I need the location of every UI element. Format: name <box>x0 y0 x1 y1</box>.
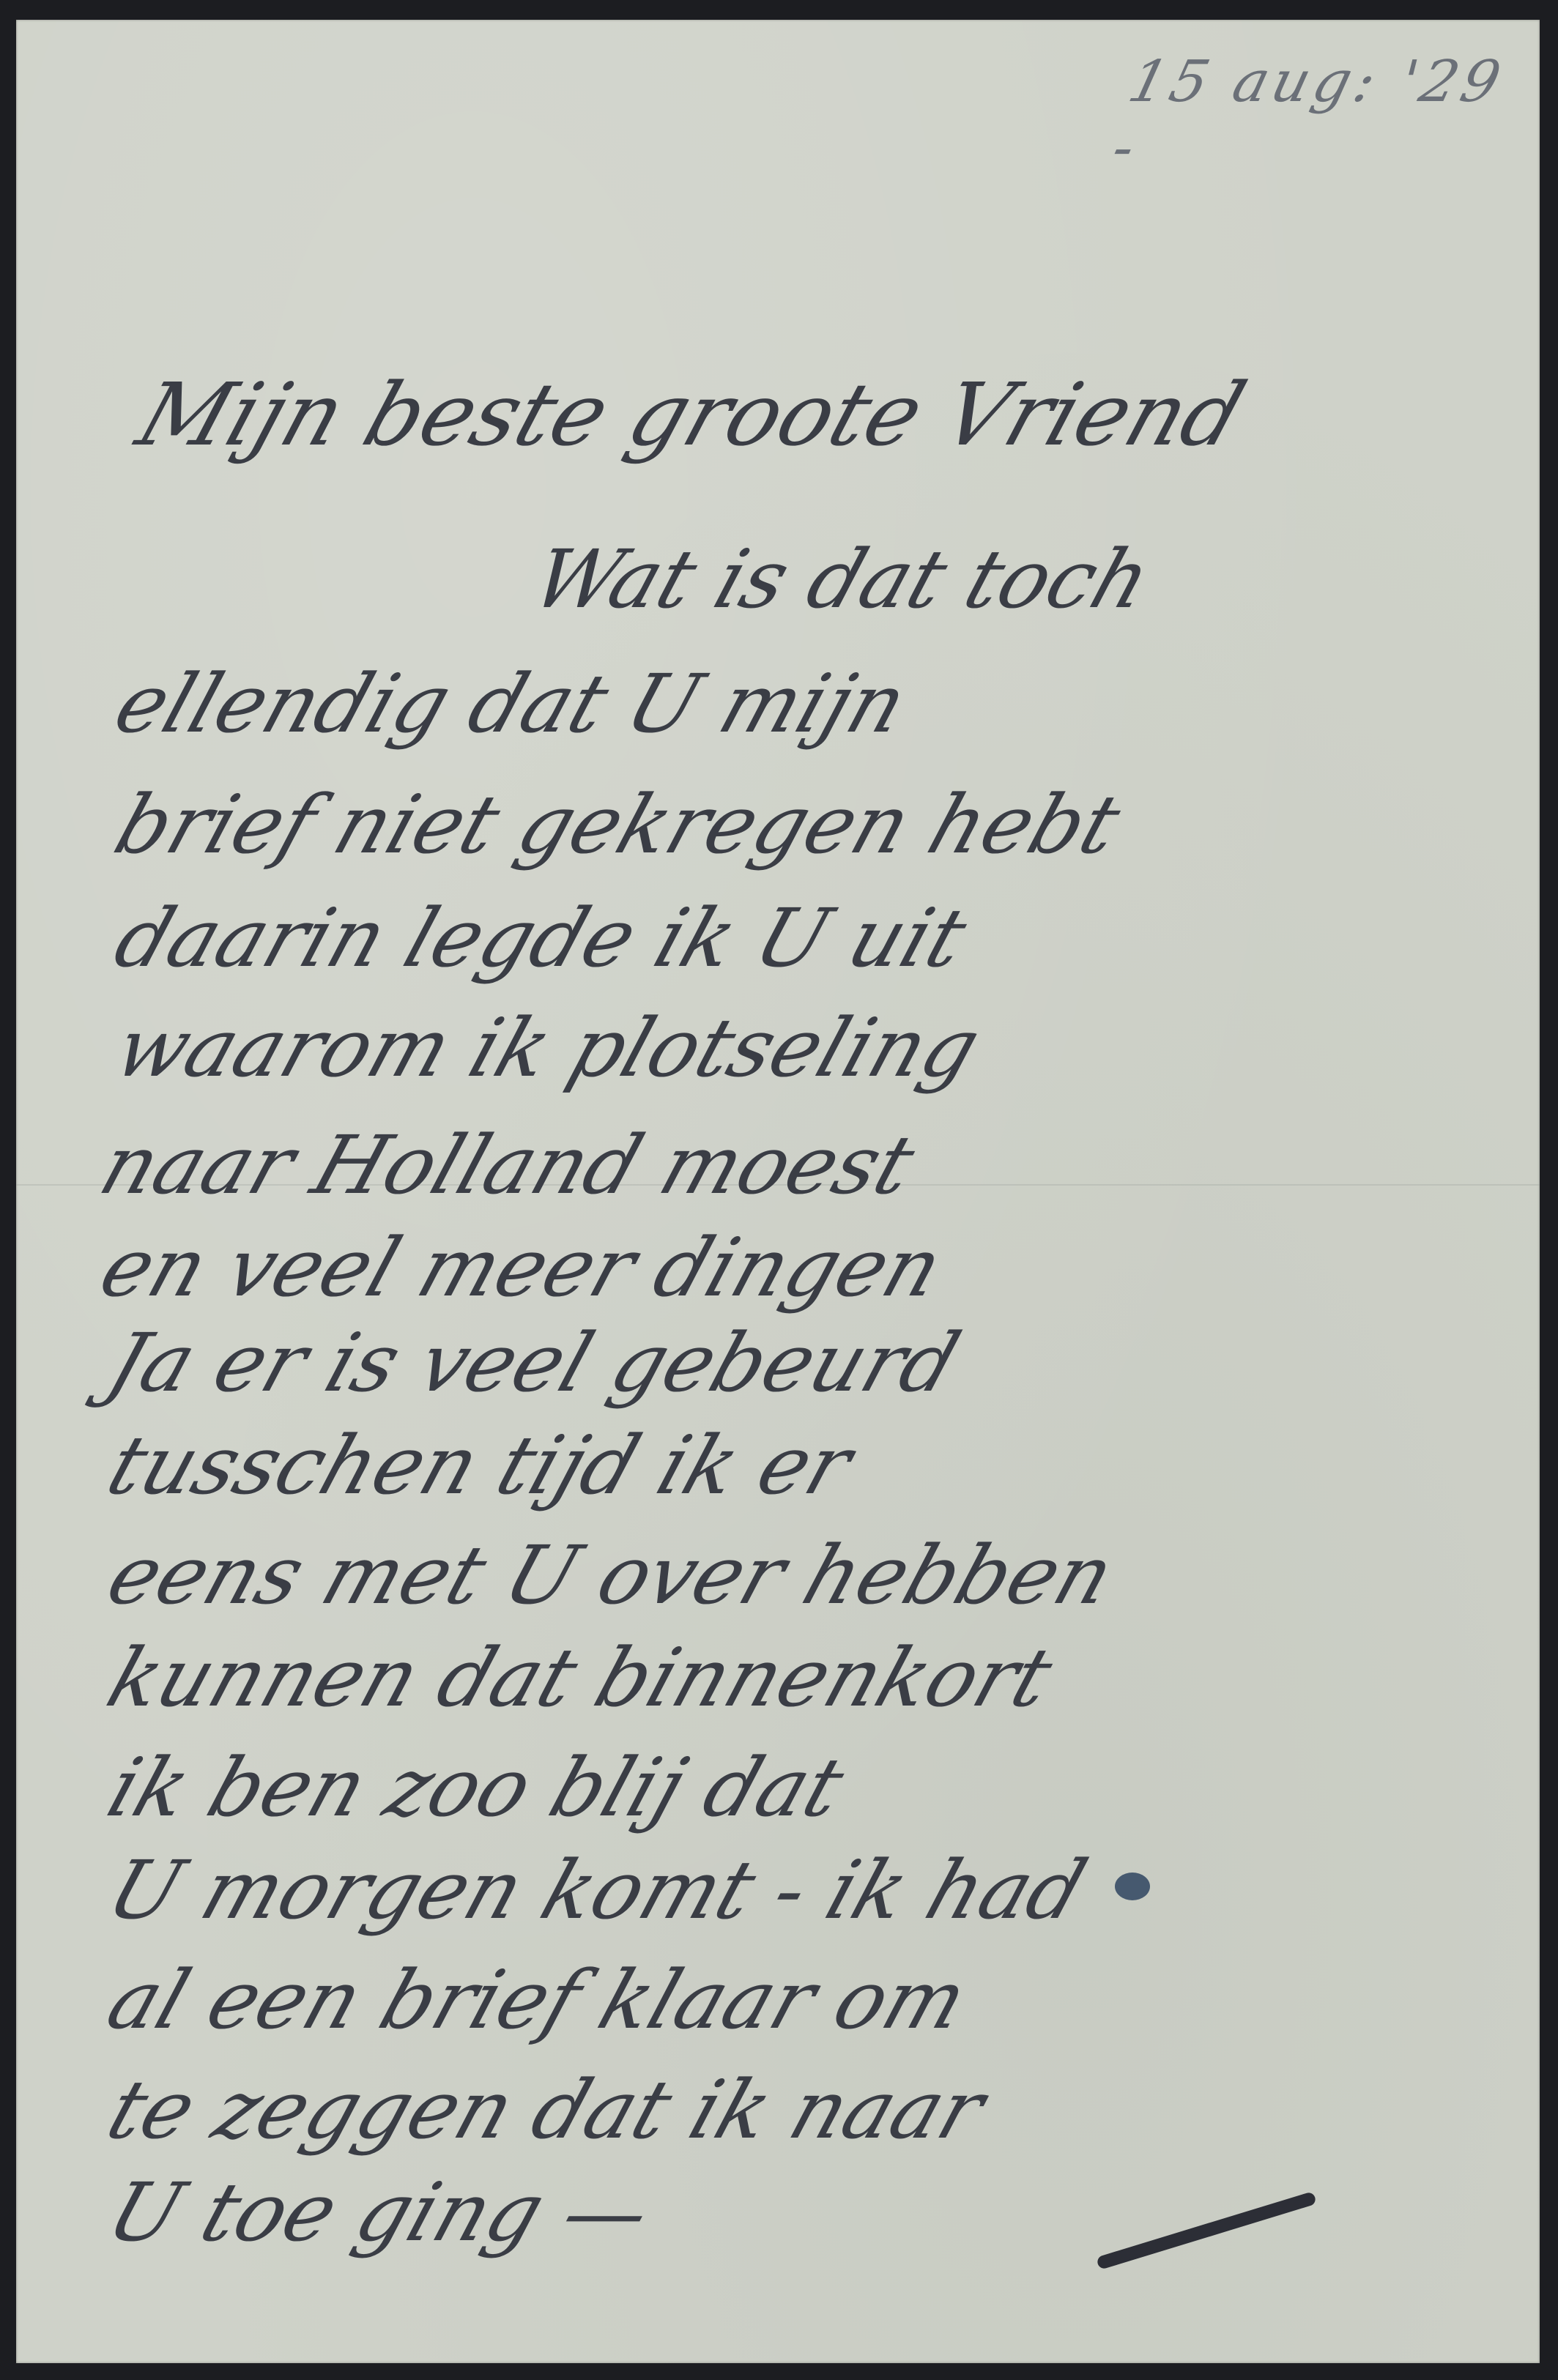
letter-line-15: te zeggen dat ik naar <box>97 2063 995 2157</box>
letter-line-5: waarom ik plotseling <box>104 1001 991 1095</box>
letter-line-11: kunnen dat binnenkort <box>97 1631 1064 1725</box>
letter-line-8: Ja er is veel gebeurd <box>97 1316 971 1410</box>
letter-line-2: ellendig dat U mijn <box>104 657 918 751</box>
letter-line-4: daarin legde ik U uit <box>104 891 978 985</box>
letter-line-7: en veel meer dingen <box>89 1221 954 1314</box>
letter-line-13: U morgen komt - ik had <box>97 1843 1097 1937</box>
letter-line-9: tusschen tijd ik er <box>97 1418 863 1512</box>
letter-line-3: brief niet gekregen hebt <box>104 778 1132 871</box>
letter-line-14: al een brief klaar om <box>97 1953 978 2047</box>
letter-line-6: naar Holland moest <box>89 1118 926 1212</box>
letter-page: 15 aug: '29 - Mijn beste groote Vriend W… <box>16 20 1540 2363</box>
ink-blot <box>1115 1873 1150 1900</box>
letter-line-10: eens met U over hebben <box>97 1528 1125 1622</box>
salutation: Mijn beste groote Vriend <box>126 364 1257 465</box>
letter-line-12: ik ben zoo blij dat <box>97 1741 855 1834</box>
letter-line-1: Wat is dat toch <box>522 532 1162 626</box>
letter-date: 15 aug: '29 - <box>1106 49 1557 181</box>
letter-line-16: U toe ging — <box>97 2165 662 2259</box>
closing-dash-stroke <box>1096 2191 1317 2270</box>
